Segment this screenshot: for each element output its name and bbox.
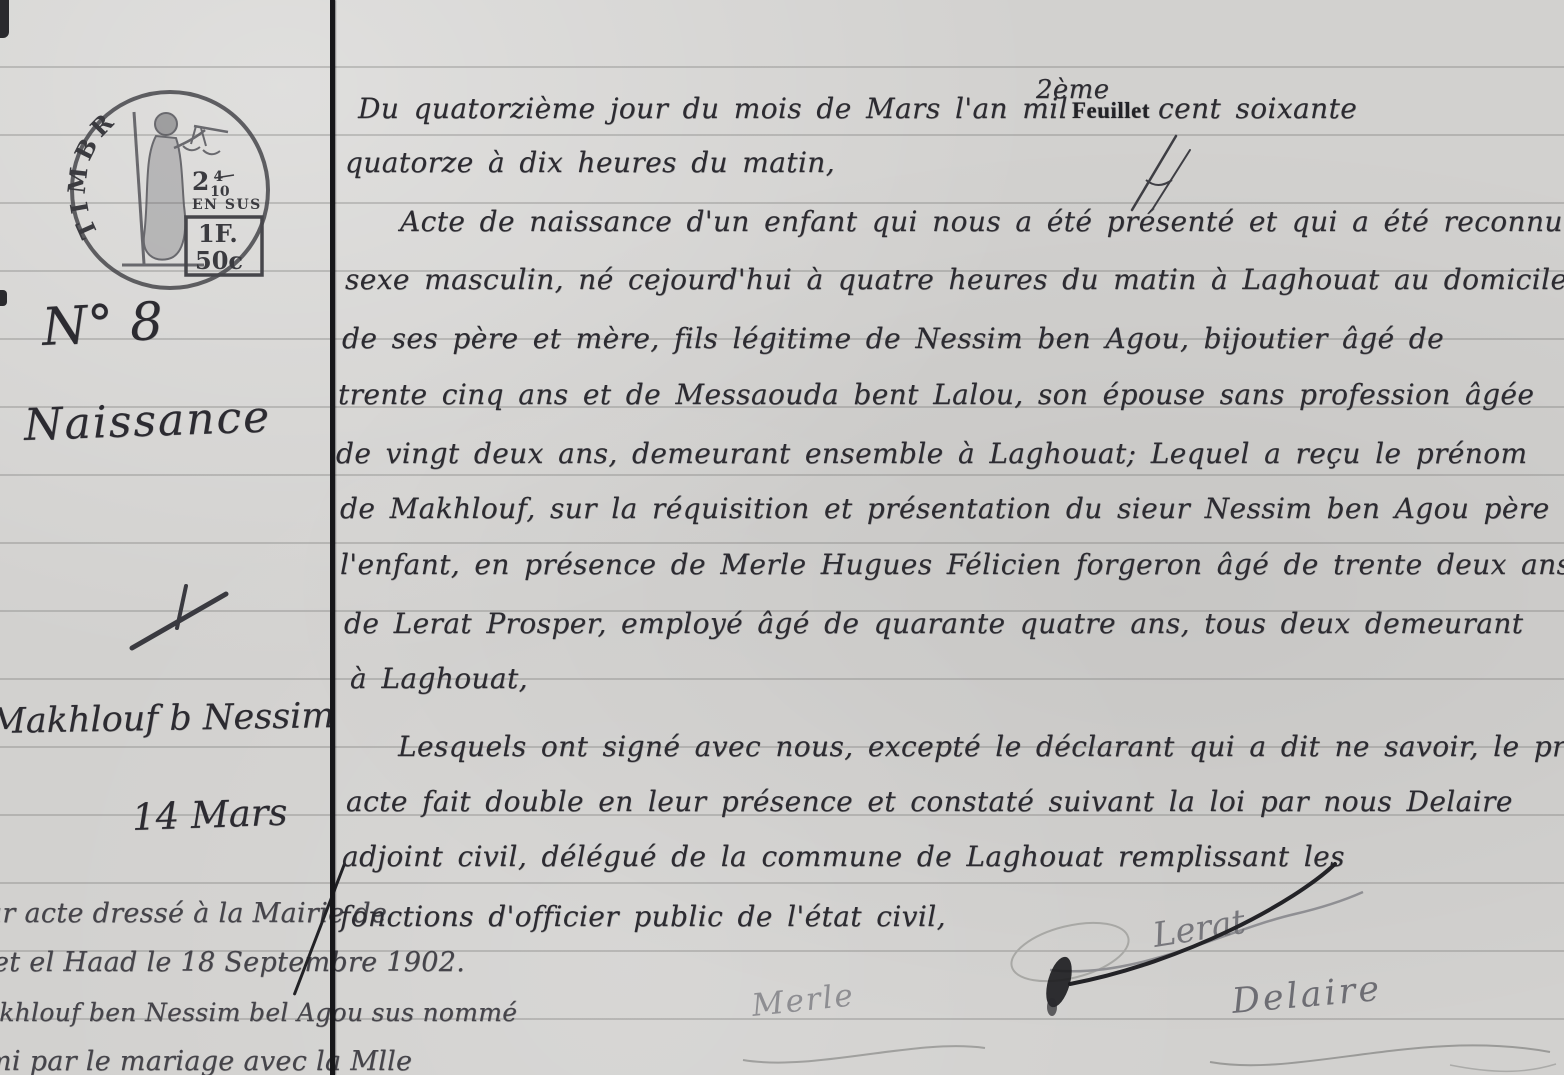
officer-paraph-icon — [1118, 128, 1208, 218]
act-text-line: fonctions d'officier public de l'état ci… — [340, 900, 946, 933]
act-text-line: Du quatorzième jour du mois de Mars l'an… — [358, 92, 1357, 125]
margin-annotation-line: iet el Haad le 18 Septembre 1902. — [0, 947, 465, 978]
stamp-value-franc: 1F. — [198, 219, 238, 248]
act-text-line: quatorze à dix heures du matin, — [345, 146, 835, 179]
stamp-ring-label: TIMBRE — [52, 63, 123, 243]
act-line1-post: cent soixante — [1158, 92, 1357, 125]
act-text-line: de ses père et mère, fils légitime de Ne… — [342, 322, 1444, 355]
scan-edge-artifact — [0, 290, 7, 306]
feuillet-number: 2ème — [1036, 75, 1110, 105]
scan-edge-artifact — [0, 0, 9, 38]
ink-blot — [1047, 998, 1057, 1016]
act-number: N° 8 — [40, 292, 164, 358]
feuillet-stamp: 2èmeFeuillet — [1072, 92, 1150, 125]
margin-date-note: 14 Mars — [131, 791, 288, 839]
margin-annotation-line: akhlouf ben Nessim bel Agou sus nommé — [0, 998, 517, 1027]
margin-cross-mark-icon — [120, 578, 240, 658]
column-rule — [330, 0, 335, 1075]
act-text-line: sexe masculin, né cejourd'hui à quatre h… — [345, 263, 1564, 296]
act-text-line: Acte de naissance d'un enfant qui nous a… — [400, 205, 1564, 238]
revenue-stamp: TIMBRE 2410 EN SUS 1F. 50c — [64, 86, 276, 296]
signature-merle-swash — [735, 1020, 995, 1075]
act-text-line: acte fait double en leur présence et con… — [346, 785, 1513, 818]
signature-delaire-swash — [1200, 1020, 1560, 1075]
margin-annotation-line: mi par le mariage avec la Mlle — [0, 1046, 412, 1075]
signature-merle: Merle — [750, 977, 856, 1024]
stamp-surcharge: 2410 — [192, 167, 230, 200]
act-text-line: à Laghouat, — [350, 662, 528, 695]
act-text-line: de Lerat Prosper, employé âgé de quarant… — [344, 607, 1523, 640]
stamp-surcharge-suffix: EN SUS — [192, 197, 262, 213]
act-text-line: Lesquels ont signé avec nous, excepté le… — [398, 730, 1564, 763]
act-text-line: trente cinq ans et de Messaouda bent Lal… — [338, 378, 1534, 411]
stamp-value-cent: 50c — [195, 246, 243, 275]
scan-page: TIMBRE 2410 EN SUS 1F. 50c N° 8 Naissanc… — [0, 0, 1564, 1075]
act-type-label: Naissance — [23, 391, 272, 451]
act-text-line: de vingt deux ans, demeurant ensemble à … — [336, 437, 1527, 470]
act-line1-pre: Du quatorzième jour du mois de Mars l'an… — [358, 92, 1068, 125]
act-text-line: l'enfant, en présence de Merle Hugues Fé… — [340, 548, 1564, 581]
act-text-line: de Makhlouf, sur la réquisition et prése… — [340, 492, 1564, 525]
margin-name-note: Makhlouf b Nessim — [0, 696, 335, 742]
